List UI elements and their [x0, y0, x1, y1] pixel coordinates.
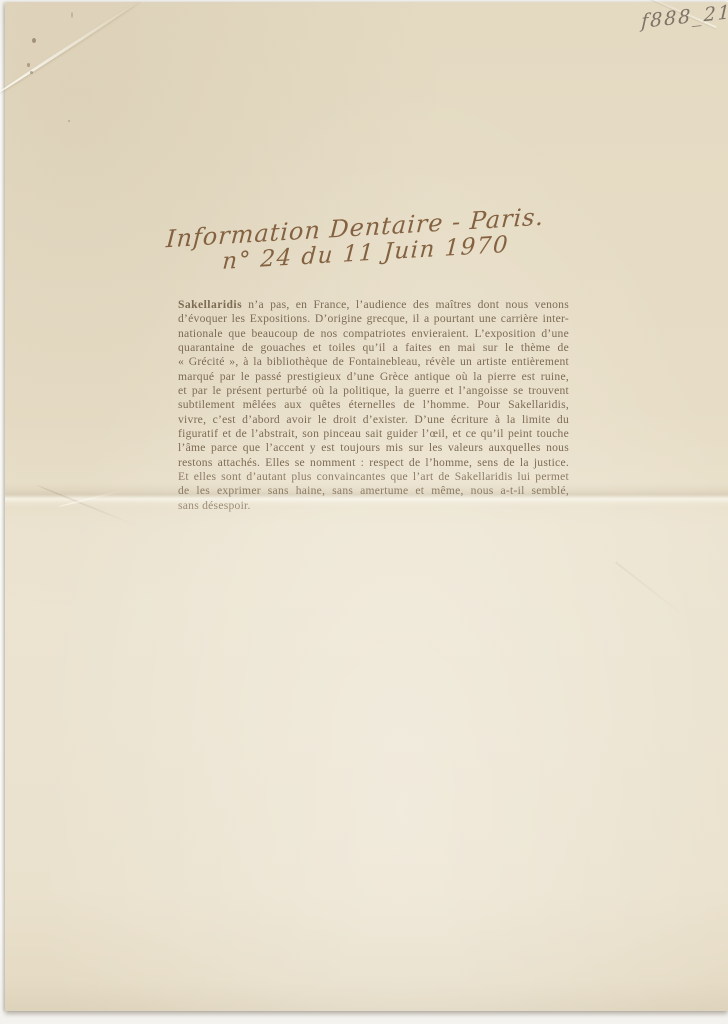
print-line: l’âme parce que l’accent y est toujours …: [178, 441, 569, 455]
print-line: et par le présent perturbé où la politiq…: [178, 384, 569, 398]
foxing-speck: [71, 12, 73, 18]
print-line: quarantaine de gouaches et toiles qu’il …: [178, 341, 569, 355]
paragraph-lead-name: Sakellaridis: [178, 298, 242, 311]
foxing-speck: [27, 63, 30, 67]
print-line: Et elles sont d’autant plus convaincante…: [178, 470, 569, 484]
fold-wrinkle: [615, 561, 695, 624]
print-line: marqué par le passé prestigieux d’une Gr…: [178, 370, 569, 384]
foxing-speck: [30, 71, 33, 74]
print-line: de les exprimer sans haine, sans amertum…: [178, 484, 569, 498]
print-line: nationale que beaucoup de nos compatriot…: [178, 327, 569, 341]
print-line: restons attachés. Elles se nomment : res…: [178, 456, 569, 470]
foxing-speck: [68, 120, 70, 122]
print-line: « Grécité », à la bibliothèque de Fontai…: [178, 355, 569, 369]
scan-background: f888_21 Information Dentaire - Paris. n°…: [0, 0, 728, 1024]
print-line: vivre, c’est d’abord avoir le droit d’ex…: [178, 413, 569, 427]
print-line: figuratif et de l’abstrait, son pinceau …: [178, 427, 569, 441]
print-line: subtilement mêlées aux quêtes éternelles…: [178, 398, 569, 412]
print-line: d’évoquer les Expositions. D’origine gre…: [178, 312, 569, 326]
print-line: sans désespoir.: [178, 499, 569, 513]
paper-sheet: f888_21 Information Dentaire - Paris. n°…: [5, 2, 728, 1011]
print-line: Sakellaridis n’a pas, en France, l’audie…: [178, 298, 569, 312]
printed-paragraph: Sakellaridis n’a pas, en France, l’audie…: [178, 298, 569, 513]
handwritten-annotation: Information Dentaire - Paris. n° 24 du 1…: [164, 203, 545, 279]
foxing-speck: [32, 38, 36, 43]
